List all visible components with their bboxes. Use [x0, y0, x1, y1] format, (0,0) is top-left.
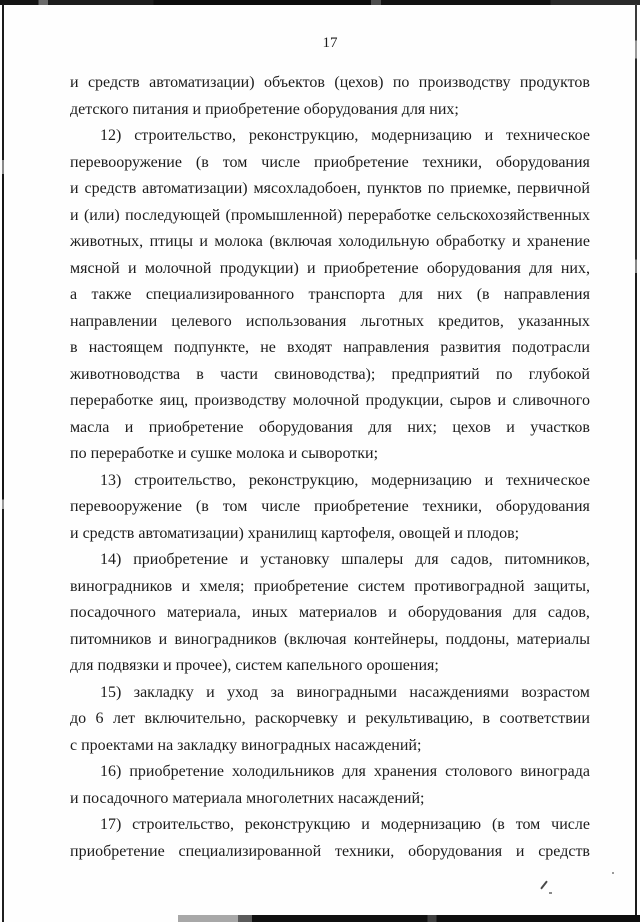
text-line: 16)приобретениехолодильниковдляхраненияс…: [70, 759, 590, 786]
text-body: исредствавтоматизации)объектов(цехов)поп…: [70, 70, 590, 865]
text-line: животноводствавчастисвиноводства);предпр…: [70, 362, 590, 389]
text-line: детского питания и приобретение оборудов…: [70, 97, 590, 124]
text-line: и средств автоматизации) хранилищ картоф…: [70, 521, 590, 548]
ink-speck: [549, 892, 552, 894]
text-line: маслаиприобретениеоборудованиядляних;цех…: [70, 415, 590, 442]
text-line: 14)приобретениеиустановкушпалерыдлясадов…: [70, 547, 590, 574]
text-line: животных,птицыимолока(включаяхолодильную…: [70, 229, 590, 256]
text-line: 13)строительство,реконструкцию,модерниза…: [70, 468, 590, 495]
text-line: перевооружение(втомчислеприобретениетехн…: [70, 494, 590, 521]
text-line: по переработке и сушке молока и сыворотк…: [70, 441, 590, 468]
scan-edge-top: [0, 0, 640, 5]
text-line: для подвязки и прочее), систем капельног…: [70, 653, 590, 680]
text-line: исредствавтоматизации)объектов(цехов)поп…: [70, 70, 590, 97]
text-line: до6летвключительно,раскорчевкуирекультив…: [70, 706, 590, 733]
text-line: 15)закладкуиуходзавиноградныминасаждения…: [70, 680, 590, 707]
scan-edge-left: [2, 4, 4, 922]
scanned-document-page: 17 исредствавтоматизации)объектов(цехов)…: [0, 0, 640, 922]
text-line: переработкеяиц,производствумолочнойпроду…: [70, 388, 590, 415]
pen-mark: [540, 880, 548, 889]
text-line: исредствавтоматизации)мясохладобоен,пунк…: [70, 176, 590, 203]
text-line: посадочногоматериала,иныхматериаловиобор…: [70, 600, 590, 627]
scan-edge-bottom: [178, 915, 640, 922]
ink-speck: [612, 872, 614, 874]
text-line: атакжеспециализированноготранспортадляни…: [70, 282, 590, 309]
text-line: и(или)последующей(промышленной)переработ…: [70, 203, 590, 230]
text-line: с проектами на закладку виноградных наса…: [70, 733, 590, 760]
text-line: питомниковивиноградников(включаяконтейне…: [70, 627, 590, 654]
text-line: виноградниковихмеля;приобретениесистемпр…: [70, 574, 590, 601]
text-line: перевооружение(втомчислеприобретениетехн…: [70, 150, 590, 177]
text-line: мяснойимолочнойпродукции)иприобретениеоб…: [70, 256, 590, 283]
text-line: 17)строительство,реконструкциюимодерниза…: [70, 812, 590, 839]
page-number: 17: [70, 35, 590, 52]
text-line: направлениицелевогоиспользованияльготных…: [70, 309, 590, 336]
text-line: внастоящемподпункте,невходятнаправленияр…: [70, 335, 590, 362]
scan-edge-right: [635, 4, 637, 916]
text-line: приобретениеспециализированнойтехники,об…: [70, 839, 590, 866]
text-line: 12)строительство,реконструкцию,модерниза…: [70, 123, 590, 150]
text-line: и посадочного материала многолетних наса…: [70, 786, 590, 813]
